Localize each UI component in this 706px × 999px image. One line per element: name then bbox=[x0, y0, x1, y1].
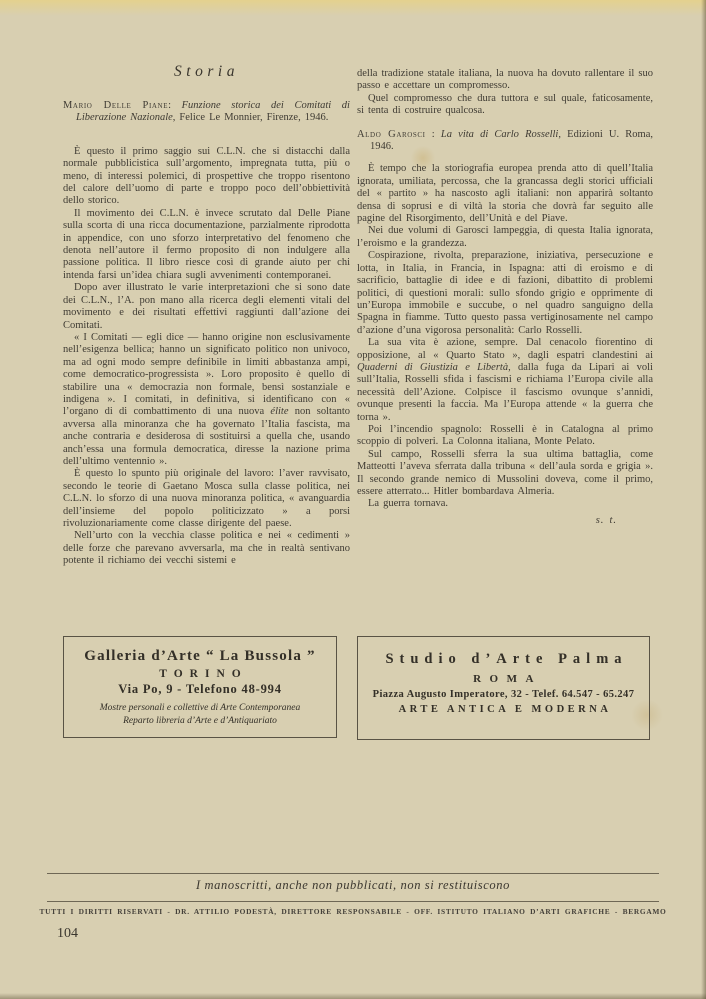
ad-studio-address: Piazza Augusto Imperatore, 32 - Telef. 6… bbox=[358, 689, 649, 700]
paper-edge-bottom bbox=[0, 993, 706, 999]
text-run: Dopo aver illustrato le varie interpreta… bbox=[63, 282, 350, 330]
ad-gallery-address: Via Po, 9 - Telefono 48-994 bbox=[64, 682, 336, 697]
ad-studio-name: Studio d’Arte Palma bbox=[358, 651, 649, 668]
text-run: La sua vita è azione, sempre. Dal cenaco… bbox=[357, 337, 653, 360]
ad-gallery-city: TORINO bbox=[64, 668, 336, 680]
page-number: 104 bbox=[57, 926, 78, 942]
paragraph: Dopo aver illustrato le varie interpreta… bbox=[63, 282, 350, 332]
text-run: Sul campo, Rosselli sferra la sua ultima… bbox=[357, 449, 653, 497]
text-run: Quel compromesso che dura tuttora e sul … bbox=[357, 93, 653, 116]
ad-studio-tagline: ARTE ANTICA E MODERNA bbox=[358, 704, 649, 715]
paragraph: Nei due volumi di Garosci lampeggia, di … bbox=[357, 225, 653, 250]
bibliography-entry: Aldo Garosci : La vita di Carlo Rosselli… bbox=[357, 129, 653, 154]
paper-edge-top bbox=[0, 0, 706, 16]
manuscripts-note: I manoscritti, anche non pubblicati, non… bbox=[0, 878, 706, 893]
text-run: Quaderni di Giustizia e Libertà bbox=[357, 362, 508, 373]
text-run: Poi l’incendio spagnolo: Rosselli è in C… bbox=[357, 424, 653, 447]
section-title: Storia bbox=[63, 63, 350, 81]
footer-rule-bottom bbox=[47, 901, 659, 902]
text-run: : bbox=[168, 100, 182, 111]
footer-rule-top bbox=[47, 873, 659, 874]
text-run: « I Comitati — egli dice — hanno origine… bbox=[63, 332, 350, 417]
ad-studio-arte-palma: Studio d’Arte Palma ROMA Piazza Augusto … bbox=[357, 636, 650, 740]
ad-studio-city: ROMA bbox=[358, 673, 649, 685]
signature: s. t. bbox=[357, 515, 653, 527]
text-run: Aldo Garosci bbox=[357, 129, 426, 140]
ad-gallery-name: Galleria d’Arte “ La Bussola ” bbox=[64, 648, 336, 665]
article-column-left: Mario Delle Piane: Funzione storica dei … bbox=[63, 100, 350, 568]
text-run: Cospirazione, rivolta, preparazione, ini… bbox=[357, 250, 653, 335]
imprint-line: TUTTI I DIRITTI RISERVATI - DR. ATTILIO … bbox=[0, 907, 706, 916]
text-run: La guerra tornava. bbox=[368, 498, 448, 509]
paragraph: « I Comitati — egli dice — hanno origine… bbox=[63, 332, 350, 468]
ad-gallery-tagline-line1: Mostre personali e collettive di Arte Co… bbox=[64, 702, 336, 715]
paragraph: della tradizione statale italiana, la nu… bbox=[357, 68, 653, 93]
text-run: della tradizione statale italiana, la nu… bbox=[357, 68, 653, 91]
paper-edge-right bbox=[701, 0, 706, 999]
paragraph: La guerra tornava. bbox=[357, 498, 653, 510]
paragraph: È questo il primo saggio sui C.L.N. che … bbox=[63, 146, 350, 208]
paragraph: Sul campo, Rosselli sferra la sua ultima… bbox=[357, 449, 653, 499]
text-run: La vita di Carlo Rosselli bbox=[441, 129, 558, 140]
article-column-right: della tradizione statale italiana, la nu… bbox=[357, 68, 653, 527]
text-run: È questo lo spunto più originale del lav… bbox=[63, 468, 350, 529]
paragraph: Nell’urto con la vecchia classe politica… bbox=[63, 530, 350, 567]
text-run: È tempo che la storiografia europea pren… bbox=[357, 163, 653, 224]
bibliography-entry: Mario Delle Piane: Funzione storica dei … bbox=[63, 100, 350, 125]
paragraph: La sua vita è azione, sempre. Dal cenaco… bbox=[357, 337, 653, 424]
ad-gallery-tagline-line2: Reparto libreria d’Arte e d’Antiquariato bbox=[64, 715, 336, 728]
text-run: élite bbox=[270, 406, 288, 417]
paragraph: Poi l’incendio spagnolo: Rosselli è in C… bbox=[357, 424, 653, 449]
paragraph: Cospirazione, rivolta, preparazione, ini… bbox=[357, 250, 653, 337]
paragraph: Il movimento dei C.L.N. è invece scrutat… bbox=[63, 208, 350, 282]
text-run: Nell’urto con la vecchia classe politica… bbox=[63, 530, 350, 566]
ad-galleria-la-bussola: Galleria d’Arte “ La Bussola ” TORINO Vi… bbox=[63, 636, 337, 738]
text-run: È questo il primo saggio sui C.L.N. che … bbox=[63, 146, 350, 207]
paragraph: Quel compromesso che dura tuttora e sul … bbox=[357, 93, 653, 118]
text-run: Il movimento dei C.L.N. è invece scrutat… bbox=[63, 208, 350, 281]
text-run: s. t. bbox=[596, 515, 617, 526]
text-run: : bbox=[426, 129, 441, 140]
text-run: , Felice Le Monnier, Firenze, 1946. bbox=[173, 112, 329, 123]
ad-gallery-tagline: Mostre personali e collettive di Arte Co… bbox=[64, 702, 336, 727]
paragraph: È questo lo spunto più originale del lav… bbox=[63, 468, 350, 530]
scanned-page: Storia Mario Delle Piane: Funzione stori… bbox=[0, 0, 706, 999]
paragraph: È tempo che la storiografia europea pren… bbox=[357, 163, 653, 225]
text-run: Mario Delle Piane bbox=[63, 100, 168, 111]
text-run: Nei due volumi di Garosci lampeggia, di … bbox=[357, 225, 653, 248]
